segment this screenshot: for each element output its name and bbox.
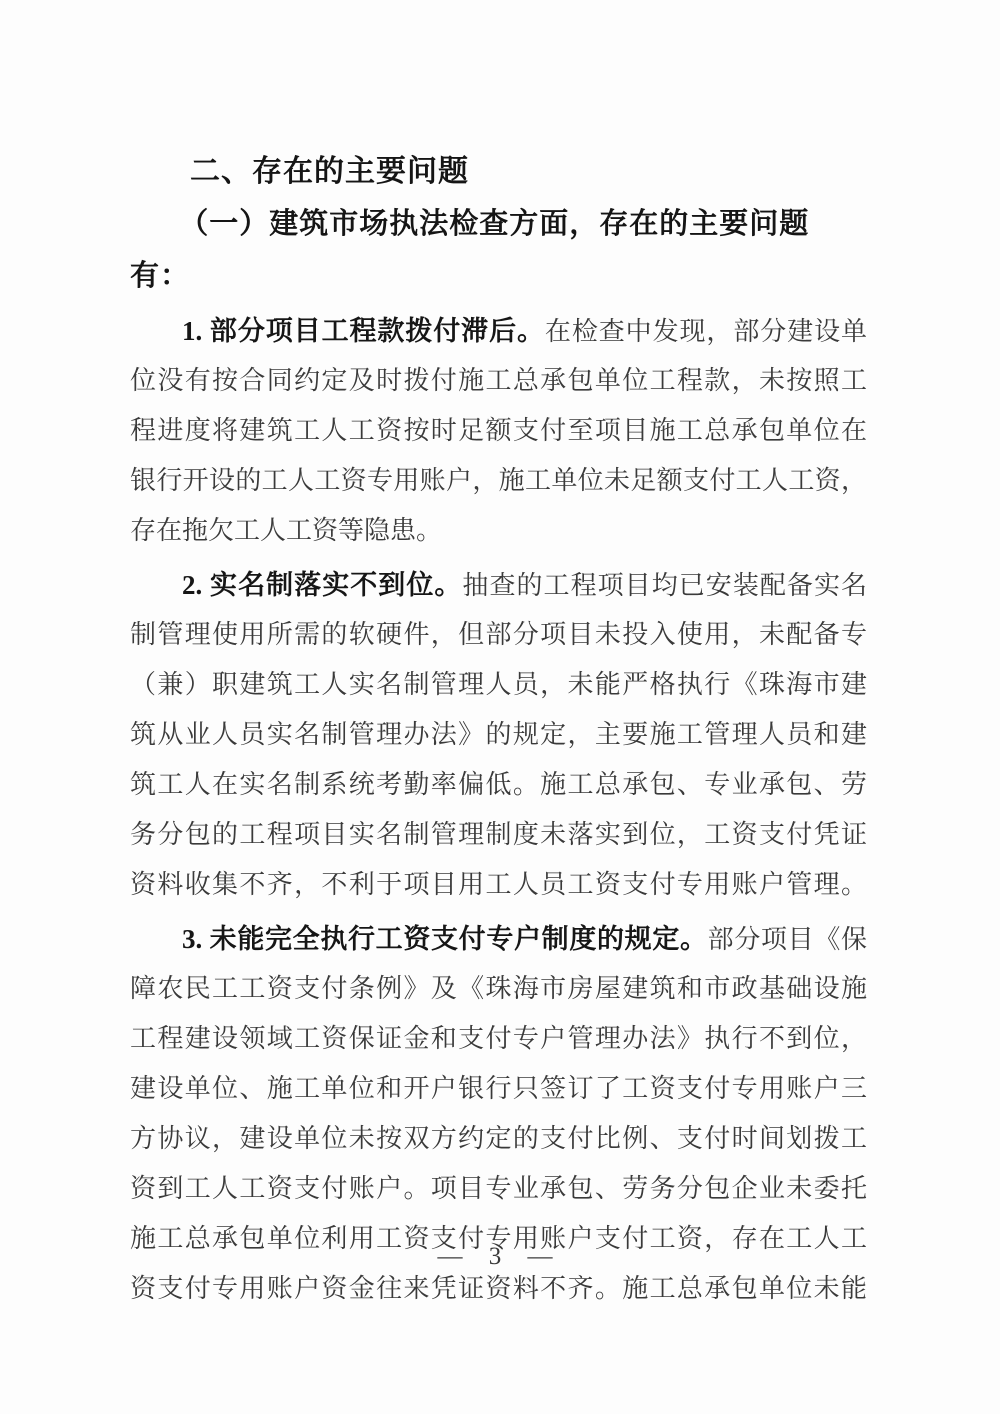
body-text: 程进度将建筑工人工资按时足额支付至项目施工总承包单位在: [130, 416, 867, 445]
text-line: 筑工人在实名制系统考勤率偏低。施工总承包、专业承包、劳: [130, 760, 867, 810]
text-line: （兼）职建筑工人实名制管理人员，未能严格执行《珠海市建: [130, 660, 867, 710]
section-heading: 二、存在的主要问题: [130, 146, 867, 198]
paragraph-2: 2. 实名制落实不到位。抽查的工程项目均已安装配备实名 制管理使用所需的软硬件，…: [130, 560, 867, 910]
body-text: 方协议，建设单位未按双方约定的支付比例、支付时间划拨工: [130, 1124, 867, 1153]
paragraph-1: 1. 部分项目工程款拨付滞后。在检查中发现，部分建设单 位没有按合同约定及时拨付…: [130, 306, 867, 556]
body-text: 位没有按合同约定及时拨付施工总承包单位工程款，未按照工: [130, 366, 867, 395]
body-text: 务分包的工程项目实名制管理制度未落实到位，工资支付凭证: [130, 820, 867, 849]
body-text: （兼）职建筑工人实名制管理人员，未能严格执行《珠海市建: [130, 670, 867, 699]
document-page: 二、存在的主要问题 （一）建筑市场执法检查方面，存在的主要问题有： 1. 部分项…: [0, 0, 1000, 1414]
body-text: 银行开设的工人工资专用账户，施工单位未足额支付工人工资，: [130, 466, 867, 495]
body-text: 资支付专用账户资金往来凭证资料不齐。施工总承包单位未能: [130, 1274, 867, 1303]
text-line: 筑从业人员实名制管理办法》的规定，主要施工管理人员和建: [130, 710, 867, 760]
text-line: 1. 部分项目工程款拨付滞后。在检查中发现，部分建设单: [130, 306, 867, 356]
document-content: 二、存在的主要问题 （一）建筑市场执法检查方面，存在的主要问题有： 1. 部分项…: [130, 146, 867, 1314]
body-text: 资料收集不齐，不利于项目用工人员工资支付专用账户管理。: [130, 870, 867, 899]
body-text: 资到工人工资支付账户。项目专业承包、劳务分包企业未委托: [130, 1174, 867, 1203]
text-line: 存在拖欠工人工资等隐患。: [130, 506, 867, 556]
body-text: 抽查的工程项目均已安装配备实名: [462, 571, 867, 600]
body-text: 筑从业人员实名制管理办法》的规定，主要施工管理人员和建: [130, 720, 867, 749]
body-text: 在检查中发现，部分建设单: [545, 317, 867, 346]
text-line: 程进度将建筑工人工资按时足额支付至项目施工总承包单位在: [130, 406, 867, 456]
text-line: 工程建设领域工资保证金和支付专户管理办法》执行不到位，: [130, 1014, 867, 1064]
page-number: — 3 —: [0, 1243, 1000, 1271]
body-text: 制管理使用所需的软硬件，但部分项目未投入使用，未配备专: [130, 620, 867, 649]
body-text: 建设单位、施工单位和开户银行只签订了工资支付专用账户三: [130, 1074, 867, 1103]
text-line: 3. 未能完全执行工资支付专户制度的规定。部分项目《保: [130, 914, 867, 964]
body-text: 工程建设领域工资保证金和支付专户管理办法》执行不到位，: [130, 1024, 867, 1053]
body-text: 障农民工工资支付条例》及《珠海市房屋建筑和市政基础设施: [130, 974, 867, 1003]
text-line: 制管理使用所需的软硬件，但部分项目未投入使用，未配备专: [130, 610, 867, 660]
text-line: 资支付专用账户资金往来凭证资料不齐。施工总承包单位未能: [130, 1264, 867, 1314]
text-line: 资料收集不齐，不利于项目用工人员工资支付专用账户管理。: [130, 860, 867, 910]
text-line: 位没有按合同约定及时拨付施工总承包单位工程款，未按照工: [130, 356, 867, 406]
bold-lead-sentence: 3. 未能完全执行工资支付专户制度的规定。: [182, 924, 708, 954]
text-line: 障农民工工资支付条例》及《珠海市房屋建筑和市政基础设施: [130, 964, 867, 1014]
body-text: 存在拖欠工人工资等隐患。: [130, 516, 442, 545]
body-text: 部分项目《保: [708, 925, 867, 954]
text-line: 方协议，建设单位未按双方约定的支付比例、支付时间划拨工: [130, 1114, 867, 1164]
subsection-heading: （一）建筑市场执法检查方面，存在的主要问题有：: [130, 198, 867, 302]
text-line: 2. 实名制落实不到位。抽查的工程项目均已安装配备实名: [130, 560, 867, 610]
text-line: 建设单位、施工单位和开户银行只签订了工资支付专用账户三: [130, 1064, 867, 1114]
body-text: 筑工人在实名制系统考勤率偏低。施工总承包、专业承包、劳: [130, 770, 867, 799]
text-line: 资到工人工资支付账户。项目专业承包、劳务分包企业未委托: [130, 1164, 867, 1214]
bold-lead-sentence: 1. 部分项目工程款拨付滞后。: [182, 316, 545, 346]
text-line: 务分包的工程项目实名制管理制度未落实到位，工资支付凭证: [130, 810, 867, 860]
text-line: 银行开设的工人工资专用账户，施工单位未足额支付工人工资，: [130, 456, 867, 506]
bold-lead-sentence: 2. 实名制落实不到位。: [182, 570, 462, 600]
